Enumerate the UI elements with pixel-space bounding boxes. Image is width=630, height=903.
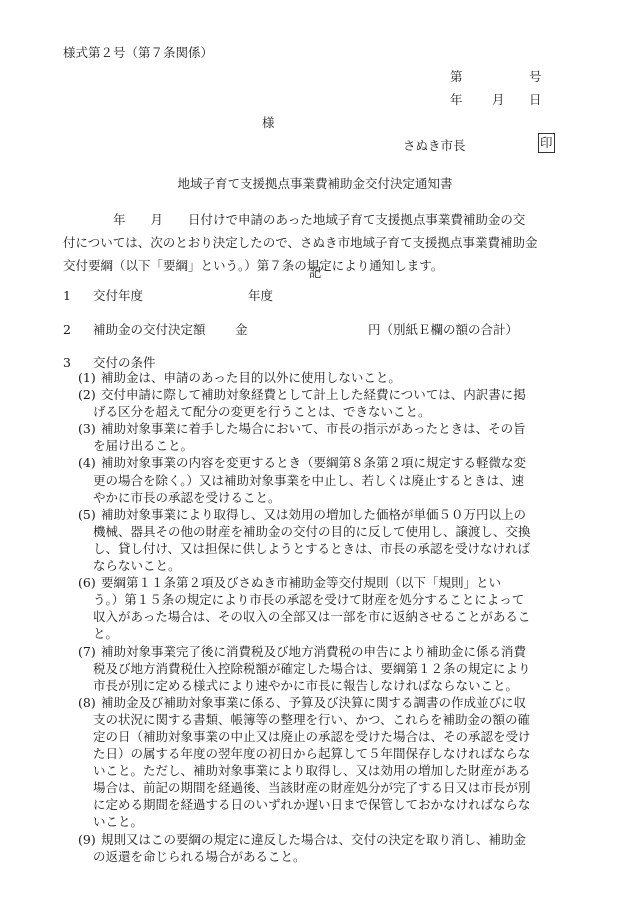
condition-line: た日）の属する年度の翌年度の初日から起算して５年間保存しなければならな <box>93 745 583 762</box>
condition-item: (3)補助対象事業に着手した場合において、市長の指示があったときは、その旨を届け… <box>78 420 583 454</box>
condition-text: 場合は、前記の期間を経過後、当該財産の財産処分が完了する日又は市長が別 <box>93 780 531 795</box>
condition-number: (9) <box>78 831 101 848</box>
condition-text: やかに市長の承認を受けること。 <box>93 490 281 505</box>
condition-text: いこと。 <box>93 814 143 829</box>
item-fiscal-year: 1交付年度 年度 <box>63 288 143 304</box>
condition-number: (7) <box>78 643 101 660</box>
ki-heading: 記 <box>0 265 630 281</box>
condition-line: 定の日（補助対象事業の中止又は廃止の承認を受けた場合は、その承認を受け <box>93 728 583 745</box>
number-suffix: 号 <box>529 69 542 85</box>
condition-text: 市長が別に定める様式により速やかに市長に報告しなければならないこと。 <box>93 678 518 693</box>
item-value: 円（別紙Ｅ欄の額の合計） <box>368 322 518 338</box>
condition-number: (8) <box>78 694 101 711</box>
item-label: 交付年度 <box>93 288 143 303</box>
condition-item: (5)補助対象事業により取得し、又は効用の増加した価格が単価５０万円以上の機械、… <box>78 506 583 574</box>
condition-number: (1) <box>78 369 101 386</box>
condition-text: ならないこと。 <box>93 558 181 573</box>
condition-text: 定の日（補助対象事業の中止又は廃止の承認を受けた場合は、その承認を受け <box>93 729 531 744</box>
condition-item: (4)補助対象事業の内容を変更するとき（要綱第８条第２項に規定する軽微な変更の場… <box>78 454 583 505</box>
condition-text: う。）第１５条の規定により市長の承認を受けて財産を処分することによって <box>93 592 524 607</box>
condition-line: (5)補助対象事業により取得し、又は効用の増加した価格が単価５０万円以上の <box>78 506 583 523</box>
condition-text: 交付申請に際して補助対象経費として計上した経費については、内訳書に掲 <box>101 387 526 402</box>
condition-text: 規則又はこの要綱の規定に違反した場合は、交付の決定を取り消し、補助金 <box>101 832 526 847</box>
recipient-honorific: 様 <box>262 115 275 131</box>
number-prefix: 第 <box>450 69 463 85</box>
condition-item: (7)補助対象事業完了後に消費税及び地方消費税の申告により補助金に係る消費税及び… <box>78 643 583 694</box>
condition-line: (4)補助対象事業の内容を変更するとき（要綱第８条第２項に規定する軽微な変 <box>78 454 583 471</box>
date-day-label: 日 <box>529 92 542 108</box>
item-label: 交付の条件 <box>93 355 156 370</box>
condition-line: 場合は、前記の期間を経過後、当該財産の財産処分が完了する日又は市長が別 <box>93 779 583 796</box>
condition-text: 補助金及び補助対象事業に係る、予算及び決算に関する調書の作成並びに収 <box>101 695 526 710</box>
condition-line: いこと。 <box>93 813 583 830</box>
condition-text: 補助対象事業に着手した場合において、市長の指示があったときは、その旨 <box>101 421 526 436</box>
condition-number: (2) <box>78 386 101 403</box>
condition-text: 補助対象事業完了後に消費税及び地方消費税の申告により補助金に係る消費 <box>101 644 526 659</box>
intro-line: 年 月 日付けで申請のあった地域子育て支援拠点事業費補助金の交 <box>63 208 573 231</box>
condition-line: やかに市長の承認を受けること。 <box>93 489 583 506</box>
condition-line: 更の場合を除く。）又は補助対象事業を中止し、若しくは廃止するときは、速 <box>93 472 583 489</box>
date-month-label: 月 <box>492 92 505 108</box>
condition-line: (8)補助金及び補助対象事業に係る、予算及び決算に関する調書の作成並びに収 <box>78 694 583 711</box>
condition-text: いこと。ただし、補助対象事業により取得し、又は効用の増加した財産がある <box>93 763 531 778</box>
condition-line: (1)補助金は、申請のあった目的以外に使用しないこと。 <box>78 369 583 386</box>
item-grant-amount: 2補助金の交付決定額 金 円（別紙Ｅ欄の額の合計） <box>63 322 206 338</box>
condition-number: (6) <box>78 574 101 591</box>
document-title: 地域子育て支援拠点事業費補助金交付決定通知書 <box>0 176 630 192</box>
item-value: 年度 <box>248 288 273 304</box>
condition-text: に定める期間を経過する日のいずれか遅い日まで保管しておかなければならな <box>93 797 531 812</box>
condition-text: げる区分を超えて配分の変更を行うことは、できないこと。 <box>93 404 431 419</box>
seal-stamp-icon: 印 <box>538 133 555 153</box>
date-year-label: 年 <box>450 92 463 108</box>
item-number: 1 <box>63 288 93 304</box>
condition-text: 補助対象事業の内容を変更するとき（要綱第８条第２項に規定する軽微な変 <box>101 455 526 470</box>
condition-text: を届け出ること。 <box>93 438 193 453</box>
condition-line: を届け出ること。 <box>93 437 583 454</box>
condition-text: た日）の属する年度の翌年度の初日から起算して５年間保存しなければならな <box>93 746 531 761</box>
condition-line: 支の状況に関する書類、帳簿等の整理を行い、かつ、これらを補助金の額の確 <box>93 711 583 728</box>
condition-text: 補助対象事業により取得し、又は効用の増加した価格が単価５０万円以上の <box>101 507 526 522</box>
condition-line: (6)要綱第１１条第２項及びさぬき市補助金等交付規則（以下「規則」とい <box>78 574 583 591</box>
condition-text: 更の場合を除く。）又は補助対象事業を中止し、若しくは廃止するときは、速 <box>93 473 524 488</box>
condition-line: (3)補助対象事業に着手した場合において、市長の指示があったときは、その旨 <box>78 420 583 437</box>
condition-line: 税及び地方消費税仕入控除税額が確定した場合は、要綱第１２条の規定により <box>93 660 583 677</box>
condition-line: げる区分を超えて配分の変更を行うことは、できないこと。 <box>93 403 583 420</box>
condition-line: し、貸し付け、又は担保に供しようとするときは、市長の承認を受けなければ <box>93 540 583 557</box>
condition-line: いこと。ただし、補助対象事業により取得し、又は効用の増加した財産がある <box>93 762 583 779</box>
item-number: 2 <box>63 322 93 338</box>
condition-number: (5) <box>78 506 101 523</box>
condition-line: ならないこと。 <box>93 557 583 574</box>
condition-item: (9)規則又はこの要綱の規定に違反した場合は、交付の決定を取り消し、補助金の返還… <box>78 831 583 865</box>
condition-line: う。）第１５条の規定により市長の承認を受けて財産を処分することによって <box>93 591 583 608</box>
condition-line: (2)交付申請に際して補助対象経費として計上した経費については、内訳書に掲 <box>78 386 583 403</box>
condition-text: 補助金は、申請のあった目的以外に使用しないこと。 <box>101 370 401 385</box>
condition-text: し、貸し付け、又は担保に供しようとするときは、市長の承認を受けなければ <box>93 541 530 556</box>
condition-line: (9)規則又はこの要綱の規定に違反した場合は、交付の決定を取り消し、補助金 <box>78 831 583 848</box>
condition-item: (6)要綱第１１条第２項及びさぬき市補助金等交付規則（以下「規則」という。）第１… <box>78 574 583 642</box>
condition-text: 収入があった場合は、その収入の全部又は一部を市に返納させることがあるこ <box>93 609 530 624</box>
condition-item: (8)補助金及び補助対象事業に係る、予算及び決算に関する調書の作成並びに収支の状… <box>78 694 583 831</box>
condition-line: 収入があった場合は、その収入の全部又は一部を市に返納させることがあるこ <box>93 608 583 625</box>
condition-text: 税及び地方消費税仕入控除税額が確定した場合は、要綱第１２条の規定により <box>93 661 531 676</box>
condition-number: (4) <box>78 454 101 471</box>
condition-line: 機械、器具その他の財産を補助金の交付の目的に反して使用し、譲渡し、交換 <box>93 523 583 540</box>
item-label: 補助金の交付決定額 <box>93 322 206 337</box>
condition-number: (3) <box>78 420 101 437</box>
amount-prefix: 金 <box>235 322 248 338</box>
condition-line: に定める期間を経過する日のいずれか遅い日まで保管しておかなければならな <box>93 796 583 813</box>
condition-line: の返還を命じられる場合があること。 <box>93 848 583 865</box>
condition-text: 支の状況に関する書類、帳簿等の整理を行い、かつ、これらを補助金の額の確 <box>93 712 530 727</box>
condition-line: 市長が別に定める様式により速やかに市長に報告しなければならないこと。 <box>93 677 583 694</box>
conditions-list: (1)補助金は、申請のあった目的以外に使用しないこと。(2)交付申請に際して補助… <box>78 369 583 865</box>
issuer-name: さぬき市長 <box>403 138 466 154</box>
condition-line: と。 <box>93 625 583 642</box>
condition-item: (2)交付申請に際して補助対象経費として計上した経費については、内訳書に掲げる区… <box>78 386 583 420</box>
form-label: 様式第２号（第７条関係） <box>63 45 213 61</box>
condition-text: の返還を命じられる場合があること。 <box>93 849 306 864</box>
condition-text: 要綱第１１条第２項及びさぬき市補助金等交付規則（以下「規則」とい <box>101 575 501 590</box>
condition-item: (1)補助金は、申請のあった目的以外に使用しないこと。 <box>78 369 583 386</box>
intro-line: 付については、次のとおり決定したので、さぬき市地域子育て支援拠点事業費補助金 <box>63 231 573 254</box>
condition-text: と。 <box>93 626 118 641</box>
condition-text: 機械、器具その他の財産を補助金の交付の目的に反して使用し、譲渡し、交換 <box>93 524 531 539</box>
condition-line: (7)補助対象事業完了後に消費税及び地方消費税の申告により補助金に係る消費 <box>78 643 583 660</box>
